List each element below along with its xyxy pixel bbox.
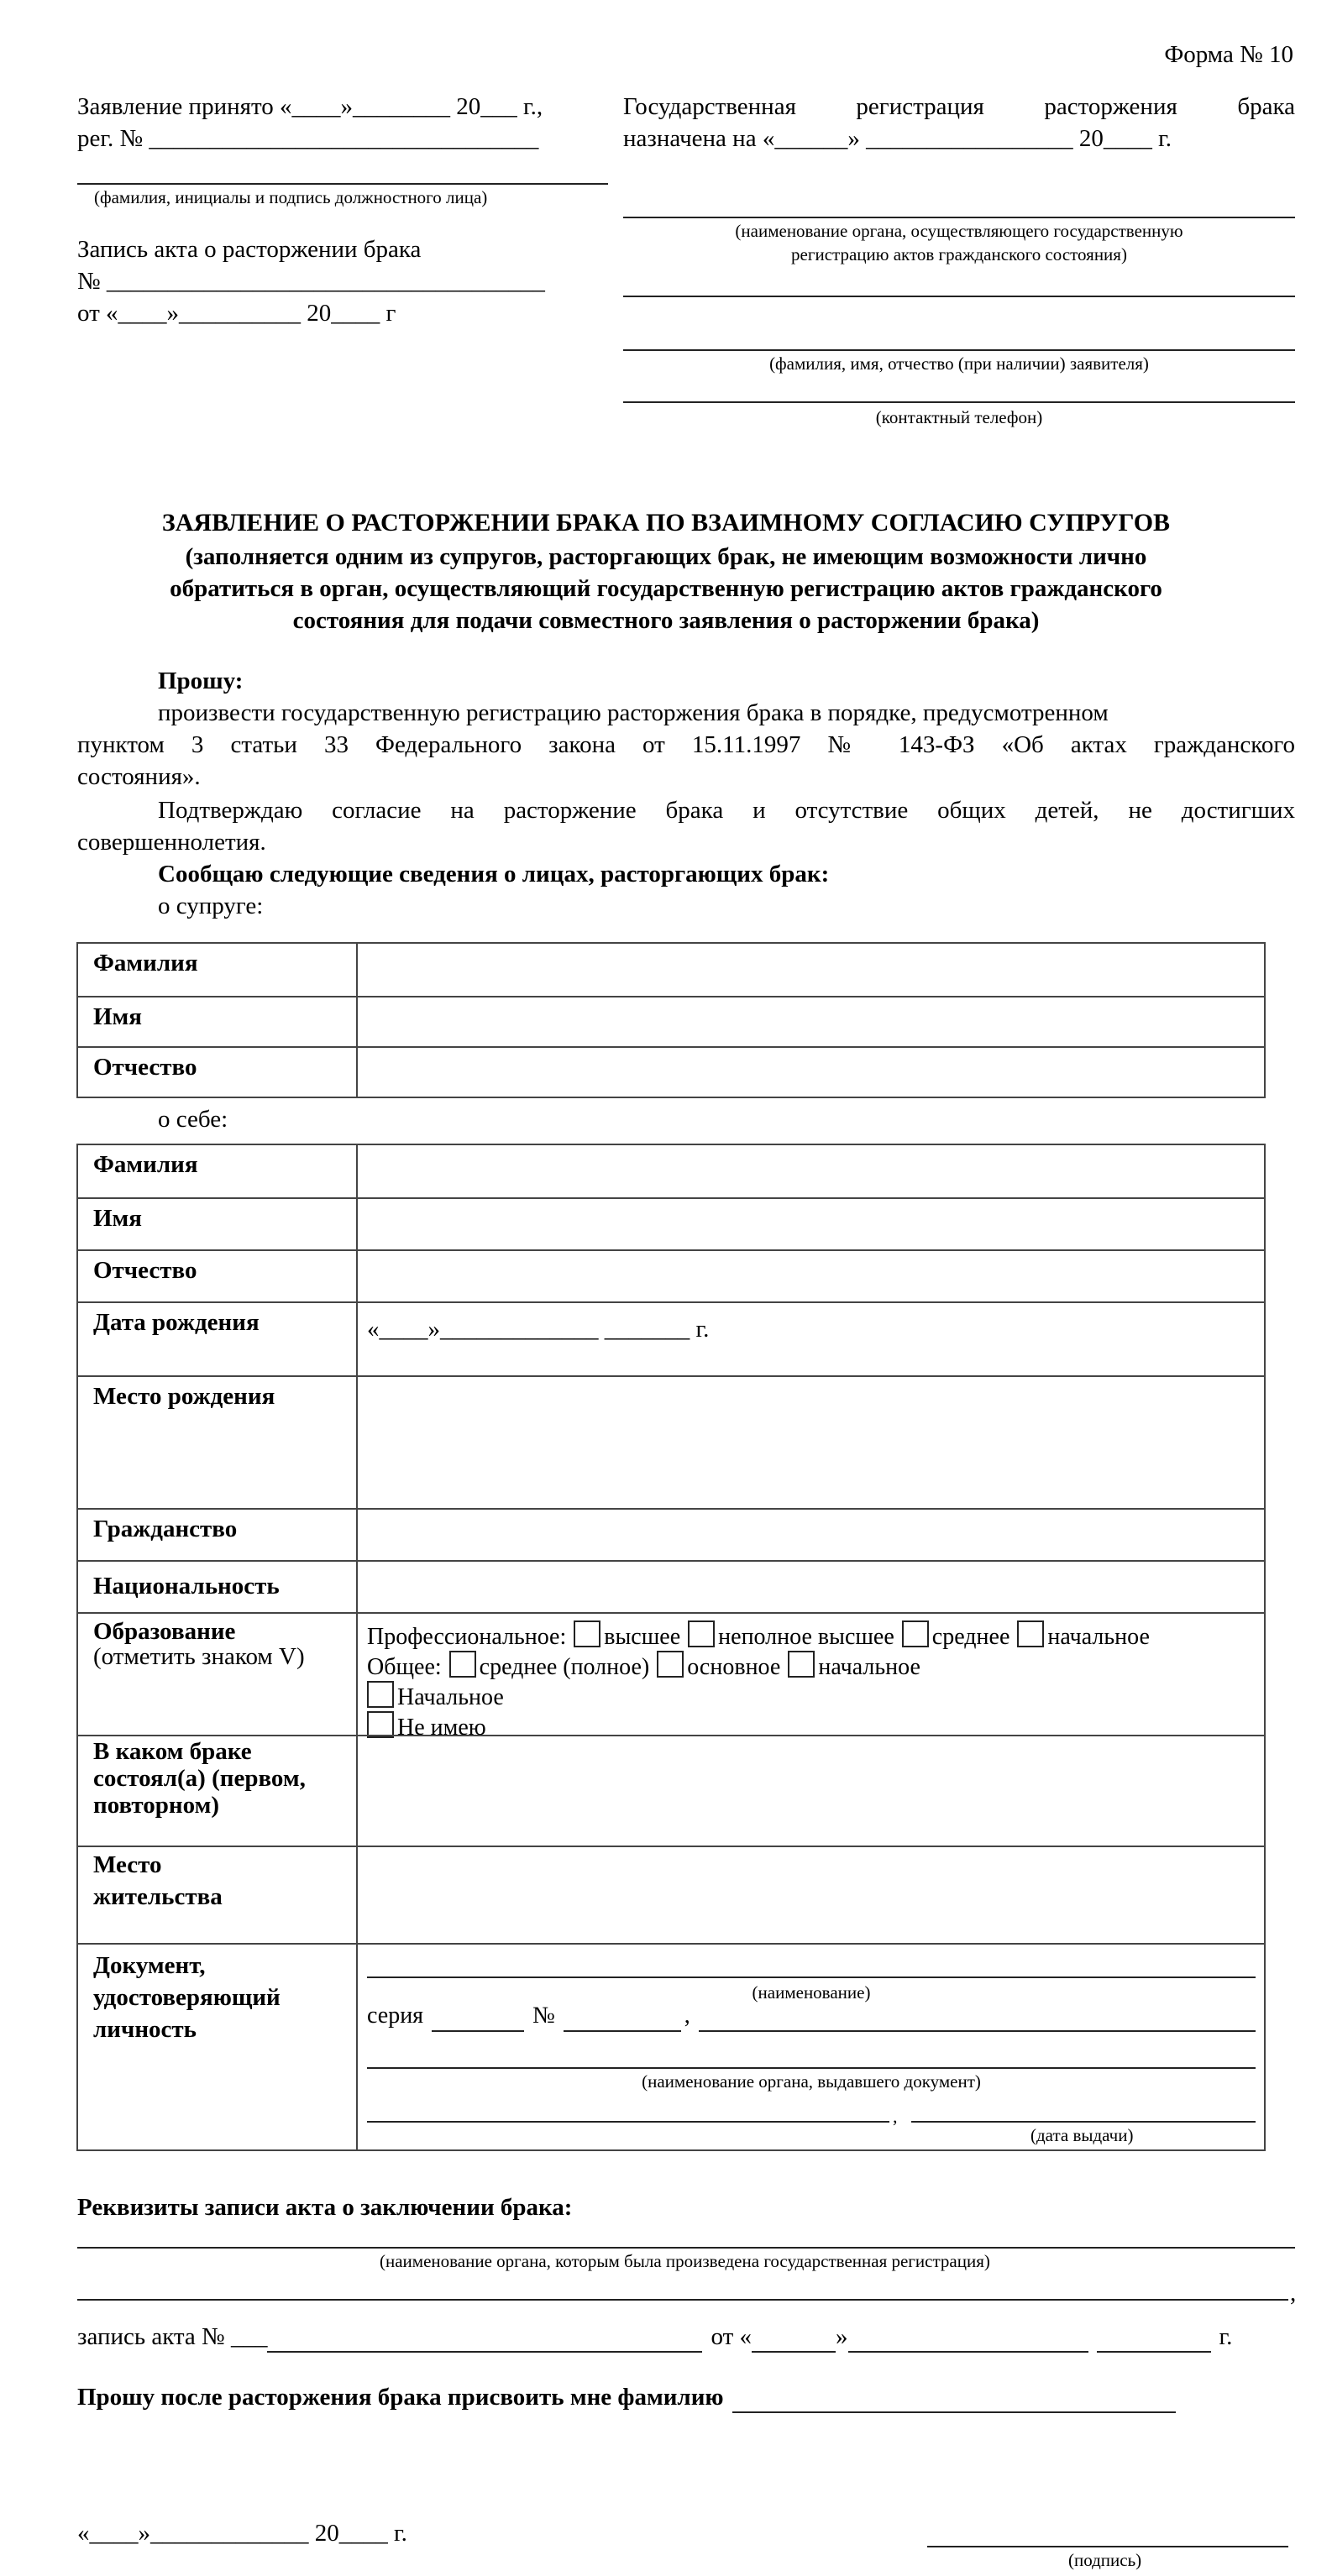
education-options: Профессиональное: высшее неполное высшее… (367, 1620, 1256, 1741)
nationality-label: Национальность (93, 1572, 345, 1600)
request-text-3: состояния». (77, 761, 201, 793)
document-name-line[interactable] (367, 1977, 1256, 1978)
education-general: Общее: среднее (полное) основное начальн… (367, 1651, 1256, 1681)
table-row: Образование (отметить знаком V) Професси… (78, 1612, 1264, 1735)
form-number: Форма № 10 (1164, 39, 1293, 71)
record-title: Запись акта о расторжении брака (77, 233, 421, 265)
spouse-section-label: о супруге: (158, 890, 263, 922)
checkbox-higher[interactable] (574, 1620, 600, 1647)
surname-request-line: Прошу после расторжения брака присвоить … (77, 2381, 1176, 2413)
issuer-line[interactable] (367, 2067, 1256, 2069)
table-row: Имя (78, 996, 1264, 1048)
citizenship-field[interactable] (367, 1510, 1256, 1560)
info-heading: Сообщаю следующие сведения о лицах, раст… (158, 858, 829, 890)
confirm-text-1: Подтверждаю согласие на расторжение брак… (158, 794, 1295, 826)
marriage-record-heading: Реквизиты записи акта о заключении брака… (77, 2191, 572, 2223)
title-subtitle-3: состояния для подачи совместного заявлен… (0, 605, 1332, 636)
table-row: Отчество (78, 1046, 1264, 1098)
authority-line[interactable] (623, 217, 1295, 218)
table-row: Фамилия (78, 944, 1264, 996)
citizenship-label: Гражданство (93, 1515, 345, 1543)
marriage-record-number-field[interactable] (267, 2329, 702, 2353)
registration-line-1: Государственная регистрация расторжения … (623, 91, 1295, 123)
spouse-table: Фамилия Имя Отчество (76, 942, 1266, 1098)
residence-field[interactable] (367, 1847, 1256, 1943)
marriage-order-field[interactable] (367, 1736, 1256, 1846)
birth-place-field[interactable] (367, 1377, 1256, 1508)
education-professional: Профессиональное: высшее неполное высшее… (367, 1620, 1256, 1651)
reg-number-line: рег. № ________________________________ (77, 123, 538, 154)
self-patronymic-label: Отчество (93, 1256, 345, 1285)
signature-line[interactable] (927, 2546, 1288, 2547)
table-row: Гражданство (78, 1508, 1264, 1560)
authority-caption-1: (наименование органа, осуществляющего го… (623, 220, 1295, 242)
spouse-name-field[interactable] (367, 997, 1256, 1048)
table-row: Место рождения (78, 1375, 1264, 1508)
record-number-line: № ____________________________________ (77, 265, 545, 297)
marriage-order-label: В каком браке состоял(а) (первом, повтор… (93, 1738, 337, 1819)
title-subtitle-1: (заполняется одним из супругов, расторга… (0, 541, 1332, 573)
self-table: Фамилия Имя Отчество Дата рождения «____… (76, 1144, 1266, 2151)
spouse-patronymic-field[interactable] (367, 1048, 1256, 1098)
self-name-label: Имя (93, 1204, 345, 1233)
self-section-label: о себе: (158, 1103, 228, 1135)
table-row: Фамилия (78, 1145, 1264, 1197)
marriage-record-month-field[interactable] (848, 2329, 1088, 2353)
residence-label: Место жительства (93, 1849, 261, 1913)
issuer-field-1[interactable] (699, 2008, 1256, 2032)
education-label: Образование (93, 1619, 345, 1644)
table-row: Место жительства (78, 1846, 1264, 1943)
request-text-1: произвести государственную регистрацию р… (158, 697, 1295, 729)
table-row: Дата рождения «____»_____________ ______… (78, 1301, 1264, 1375)
checkbox-secondary-full[interactable] (449, 1651, 476, 1678)
registration-line-2: назначена на «______» _________________ … (623, 123, 1172, 154)
confirm-text-2: совершеннолетия. (77, 826, 266, 858)
table-row: Имя (78, 1197, 1264, 1249)
accepted-line: Заявление принято «____»________ 20___ г… (77, 91, 543, 123)
spouse-surname-label: Фамилия (93, 949, 345, 977)
record-date-line: от «____»__________ 20____ г (77, 297, 396, 329)
signature-date-line: «____»_____________ 20____ г. (77, 2517, 407, 2549)
birth-date-label: Дата рождения (93, 1308, 345, 1337)
nationality-field[interactable] (367, 1562, 1256, 1612)
new-surname-field[interactable] (732, 2390, 1176, 2413)
checkbox-secondary-professional[interactable] (902, 1620, 929, 1647)
table-row: В каком браке состоял(а) (первом, повтор… (78, 1735, 1264, 1846)
spouse-name-label: Имя (93, 1003, 345, 1031)
table-row: Документ, удостоверяющий личность (наиме… (78, 1943, 1264, 2149)
birth-date-field[interactable]: «____»_____________ _______ г. (367, 1315, 1256, 1365)
marriage-authority-line[interactable] (77, 2247, 1295, 2249)
issuer-line-2[interactable] (367, 2121, 889, 2123)
phone-caption: (контактный телефон) (623, 406, 1295, 428)
document-title: ЗАЯВЛЕНИЕ О РАСТОРЖЕНИИ БРАКА ПО ВЗАИМНО… (0, 507, 1332, 539)
checkbox-primary-professional[interactable] (1017, 1620, 1044, 1647)
request-heading: Прошу: (158, 665, 243, 697)
official-caption: (фамилия, инициалы и подпись должностног… (94, 186, 487, 208)
issue-date-caption: (дата выдачи) (1030, 2124, 1133, 2146)
checkbox-primary[interactable] (367, 1681, 394, 1708)
marriage-record-line: запись акта № ___ от « » г. (77, 2321, 1295, 2353)
marriage-authority-caption: (наименование органа, которым была произ… (380, 2250, 990, 2272)
issuer-caption: (наименование органа, выдавшего документ… (367, 2071, 1256, 2092)
authority-caption-2: регистрацию актов гражданского состояния… (623, 243, 1295, 265)
series-number-line: серия № , (367, 2000, 1256, 2032)
request-text-2: пунктом 3 статьи 33 Федерального закона … (77, 729, 1295, 761)
marriage-authority-line-2[interactable] (77, 2299, 1288, 2301)
marriage-record-year-field[interactable] (1097, 2329, 1211, 2353)
marriage-record-day-field[interactable] (752, 2329, 836, 2353)
identity-document-label: Документ, удостоверяющий личность (93, 1950, 345, 2045)
title-subtitle-2: обратиться в орган, осуществляющий госуд… (0, 573, 1332, 605)
authority-line-2[interactable] (623, 296, 1295, 297)
table-row: Национальность (78, 1560, 1264, 1612)
self-name-field[interactable] (367, 1199, 1256, 1249)
signature-caption: (подпись) (1068, 2549, 1141, 2571)
education-hint: (отметить знаком V) (93, 1644, 345, 1669)
spouse-surname-field[interactable] (367, 944, 1256, 994)
spouse-patronymic-label: Отчество (93, 1053, 345, 1081)
issue-date-line[interactable] (911, 2121, 1256, 2123)
self-surname-field[interactable] (367, 1145, 1256, 1196)
checkbox-primary-general[interactable] (788, 1651, 815, 1678)
checkbox-basic[interactable] (657, 1651, 684, 1678)
checkbox-incomplete-higher[interactable] (688, 1620, 715, 1647)
applicant-name-line[interactable] (623, 349, 1295, 351)
table-row: Отчество (78, 1249, 1264, 1301)
education-other-primary: Начальное (367, 1681, 1256, 1711)
series-field[interactable] (432, 2008, 524, 2032)
education-label-cell: Образование (отметить знаком V) (93, 1619, 345, 1669)
birth-place-label: Место рождения (93, 1382, 345, 1411)
applicant-caption: (фамилия, имя, отчество (при наличии) за… (623, 353, 1295, 374)
number-field[interactable] (564, 2008, 681, 2032)
self-patronymic-field[interactable] (367, 1251, 1256, 1301)
phone-line[interactable] (623, 401, 1295, 403)
self-surname-label: Фамилия (93, 1150, 345, 1179)
official-signature-line[interactable] (77, 183, 608, 185)
